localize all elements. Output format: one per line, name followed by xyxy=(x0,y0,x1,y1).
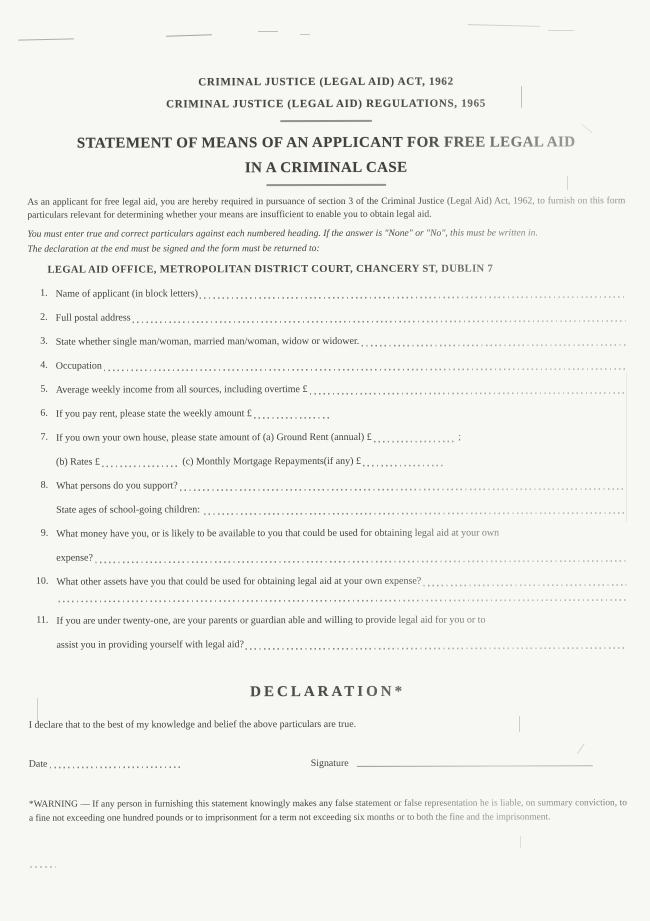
dotted-answer-line xyxy=(310,391,626,395)
form-item: 10.What other assets have you that could… xyxy=(28,574,626,615)
item-line: expense? xyxy=(56,550,626,564)
dotted-answer-line xyxy=(423,583,626,587)
form-item: 6.If you pay rent, please state the week… xyxy=(28,406,626,432)
item-number: 2. xyxy=(28,312,48,336)
item-line: State whether single man/woman, married … xyxy=(56,334,626,348)
date-answer-line xyxy=(49,765,181,768)
date-field: Date xyxy=(29,758,311,770)
item-text: ; xyxy=(456,431,461,444)
dotted-answer-line xyxy=(95,559,626,563)
divider-rule xyxy=(280,120,372,122)
item-text: State whether single man/woman, married … xyxy=(56,335,360,349)
form-title-line1: STATEMENT OF MEANS OF AN APPLICANT FOR F… xyxy=(77,134,576,151)
item-text: Average weekly income from all sources, … xyxy=(56,383,308,397)
item-text: Name of applicant (in block letters) xyxy=(56,287,198,300)
item-number: 8. xyxy=(28,480,48,528)
form-content: CRIMINAL JUSTICE (LEGAL AID) ACT, 1962 C… xyxy=(0,0,650,921)
instruction-paragraph: You must enter true and correct particul… xyxy=(27,226,625,241)
date-label: Date xyxy=(29,759,48,770)
form-title: STATEMENT OF MEANS OF AN APPLICANT FOR F… xyxy=(27,130,625,181)
item-line: If you own your own house, please state … xyxy=(56,430,626,444)
dotted-answer-line xyxy=(246,646,627,650)
item-line: What money have you, or is likely to be … xyxy=(56,526,626,540)
item-line: Average weekly income from all sources, … xyxy=(56,382,626,396)
signature-field: Signature xyxy=(311,757,593,769)
form-item: 1.Name of applicant (in block letters) xyxy=(28,286,626,312)
item-text: assist you in providing yourself with le… xyxy=(56,638,244,651)
item-number: 4. xyxy=(28,360,48,384)
return-instruction: The declaration at the end must be signe… xyxy=(27,243,625,256)
item-line: What other assets have you that could be… xyxy=(56,574,626,588)
dotted-answer-line xyxy=(254,416,332,419)
dotted-answer-line xyxy=(361,343,625,347)
item-number: 11. xyxy=(28,615,48,663)
form-item: 9.What money have you, or is likely to b… xyxy=(28,526,626,576)
item-number: 6. xyxy=(28,408,48,432)
declaration-statement: I declare that to the best of my knowled… xyxy=(29,718,627,731)
item-text: What money have you, or is likely to be … xyxy=(56,526,499,540)
dotted-answer-line xyxy=(363,464,443,467)
item-number: 9. xyxy=(28,528,48,576)
item-line: What persons do you support? xyxy=(56,478,626,492)
item-text: What other assets have you that could be… xyxy=(56,575,421,589)
item-line: State ages of school-going children: xyxy=(56,502,626,516)
item-text: Full postal address xyxy=(56,311,131,324)
dotted-answer-line xyxy=(204,511,626,515)
form-item: 5.Average weekly income from all sources… xyxy=(28,382,626,408)
item-number: 7. xyxy=(28,432,48,480)
declaration-heading: DECLARATION* xyxy=(29,683,627,702)
dotted-answer-line xyxy=(104,367,626,371)
dotted-answer-line xyxy=(102,464,180,467)
item-text: expense? xyxy=(56,552,93,565)
dotted-answer-line xyxy=(133,319,626,323)
form-item: 11.If you are under twenty-one, are your… xyxy=(28,613,626,663)
item-line: assist you in providing yourself with le… xyxy=(56,637,626,651)
warning-note: *WARNING — If any person in furnishing t… xyxy=(29,796,627,826)
form-item: 2.Full postal address xyxy=(28,310,626,336)
item-number: 1. xyxy=(28,288,48,312)
form-item: 7.If you own your own house, please stat… xyxy=(28,430,626,480)
item-line xyxy=(56,598,626,603)
dotted-answer-line xyxy=(58,598,626,602)
item-line: Name of applicant (in block letters) xyxy=(56,286,626,300)
item-number: 5. xyxy=(28,384,48,408)
intro-paragraph: As an applicant for free legal aid, you … xyxy=(27,194,625,223)
signature-line xyxy=(357,764,593,767)
item-text: If you own your own house, please state … xyxy=(56,431,372,445)
item-text: What persons do you support? xyxy=(56,479,178,492)
dotted-answer-line xyxy=(374,440,456,443)
item-text: If you are under twenty-one, are your pa… xyxy=(56,614,485,628)
items-list: 1.Name of applicant (in block letters)2.… xyxy=(28,286,627,663)
dotted-answer-line xyxy=(200,295,626,299)
item-text: If you pay rent, please state the weekly… xyxy=(56,407,252,421)
divider-rule xyxy=(266,183,386,185)
item-line: Occupation xyxy=(56,358,626,372)
item-line: If you pay rent, please state the weekly… xyxy=(56,406,626,420)
item-line: (b) Rates £ (c) Monthly Mortgage Repayme… xyxy=(56,454,626,468)
dotted-answer-line xyxy=(180,487,626,491)
item-number: 10. xyxy=(28,576,48,615)
regulations-title: CRIMINAL JUSTICE (LEGAL AID) REGULATIONS… xyxy=(27,97,625,111)
form-item: 8.What persons do you support?State ages… xyxy=(28,478,626,528)
date-signature-row: Date Signature xyxy=(29,757,627,770)
item-line: Full postal address xyxy=(56,310,626,324)
form-title-line2: IN A CRIMINAL CASE xyxy=(245,160,408,176)
scanned-form-page: CRIMINAL JUSTICE (LEGAL AID) ACT, 1962 C… xyxy=(0,0,650,921)
form-item: 3.State whether single man/woman, marrie… xyxy=(28,334,626,360)
item-text: (b) Rates £ xyxy=(56,456,100,469)
item-number: 3. xyxy=(28,336,48,360)
item-text: (c) Monthly Mortgage Repayments(if any) … xyxy=(180,455,361,468)
form-item: 4.Occupation xyxy=(28,358,626,384)
item-line: If you are under twenty-one, are your pa… xyxy=(56,613,626,627)
item-text: Occupation xyxy=(56,360,102,373)
signature-label: Signature xyxy=(311,758,349,769)
item-text: State ages of school-going children: xyxy=(56,503,202,516)
act-title: CRIMINAL JUSTICE (LEGAL AID) ACT, 1962 xyxy=(27,75,625,89)
return-address: LEGAL AID OFFICE, METROPOLITAN DISTRICT … xyxy=(27,263,625,276)
